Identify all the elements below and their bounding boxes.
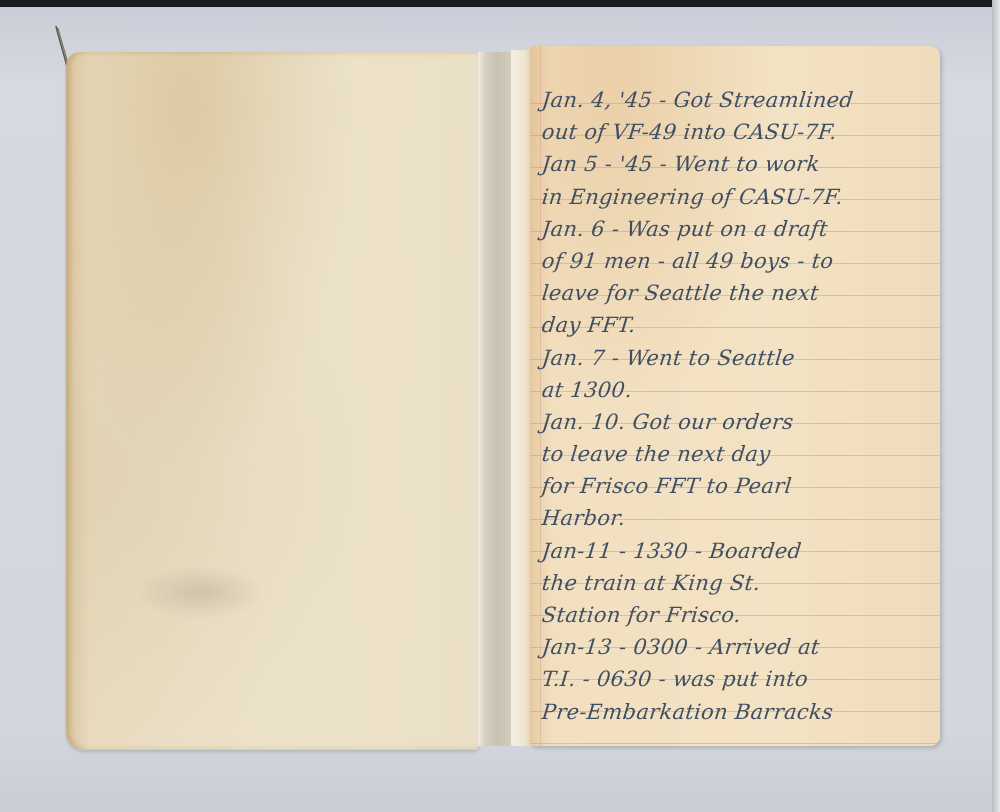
- diary-line: out of VF-49 into CASU-7F.: [540, 116, 940, 148]
- left-page-blank: [66, 52, 478, 750]
- diary-entries: Jan. 4, '45 - Got Streamlined out of VF-…: [542, 84, 940, 728]
- diary-line: leave for Seattle the next: [540, 277, 940, 309]
- scanner-right-edge: [992, 0, 1000, 812]
- diary-line: Jan 5 - '45 - Went to work: [540, 148, 940, 180]
- right-page-diary: Jan. 4, '45 - Got Streamlined out of VF-…: [530, 46, 940, 746]
- diary-line: Station for Frisco.: [540, 599, 940, 631]
- scanner-top-edge: [0, 0, 1000, 7]
- diary-line: in Engineering of CASU-7F.: [540, 181, 940, 213]
- diary-line: Jan. 6 - Was put on a draft: [540, 213, 940, 245]
- diary-line: the train at King St.: [540, 567, 940, 599]
- diary-line: Harbor.: [540, 502, 940, 534]
- diary-line: for Frisco FFT to Pearl: [540, 470, 940, 502]
- diary-line: day FFT.: [540, 309, 940, 341]
- diary-line: Pre-Embarkation Barracks: [540, 696, 940, 728]
- diary-line: Jan. 10. Got our orders: [540, 406, 940, 438]
- diary-line: Jan. 4, '45 - Got Streamlined: [540, 84, 940, 116]
- diary-line: Jan-11 - 1330 - Boarded: [540, 535, 940, 567]
- diary-line: of 91 men - all 49 boys - to: [540, 245, 940, 277]
- diary-line: Jan-13 - 0300 - Arrived at: [540, 631, 940, 663]
- diary-line: to leave the next day: [540, 438, 940, 470]
- diary-line: at 1300.: [540, 374, 940, 406]
- left-page-smudge: [135, 565, 265, 620]
- diary-line: T.I. - 0630 - was put into: [540, 663, 940, 695]
- diary-line: Jan. 7 - Went to Seattle: [540, 342, 940, 374]
